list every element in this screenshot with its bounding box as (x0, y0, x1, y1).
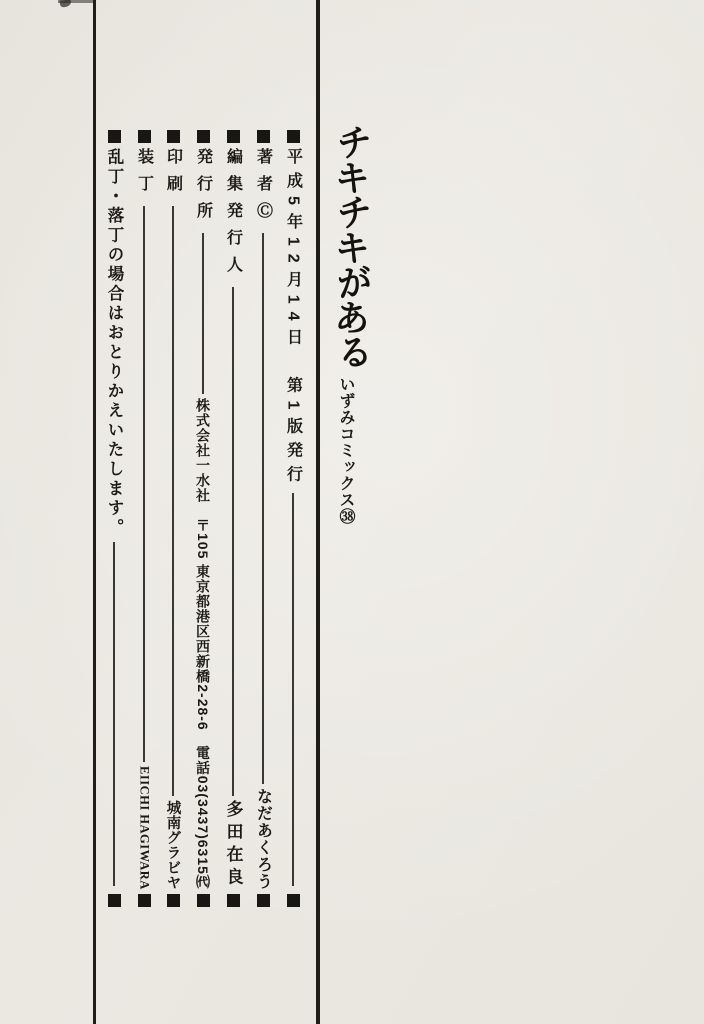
colophon-column-publishing-house: 発行所 株式会社一水社 〒105 東京都港区西新橋2-28-6 電話03(343… (191, 130, 215, 907)
column-value: 株式会社一水社 〒105 東京都港区西新橋2-28-6 電話03(3437)63… (193, 398, 213, 890)
bullet-square-icon (108, 130, 121, 143)
imprint-series-label: いずみコミックス㊳ (334, 376, 357, 546)
bullet-square-icon (257, 894, 270, 907)
column-label: 装丁 (133, 148, 156, 202)
bullet-square-icon (227, 130, 240, 143)
column-label: 印刷 (162, 148, 185, 202)
column-connector-rule (292, 493, 293, 886)
column-connector-rule (113, 542, 114, 886)
bullet-square-icon (287, 130, 300, 143)
colophon-column-defective-copy-notice: 乱丁・落丁の場合はおとりかえいたします。 (102, 130, 126, 907)
column-label: 発行所 (192, 148, 215, 229)
bullet-square-icon (138, 130, 151, 143)
bullet-square-icon (197, 894, 210, 907)
bullet-square-icon (287, 894, 300, 907)
bullet-square-icon (138, 894, 151, 907)
colophon-column-printer: 印刷 城南グラビヤ (161, 130, 185, 907)
colophon-column-author: 著者Ⓒ なだあくろう (251, 130, 275, 907)
column-label: 乱丁・落丁の場合はおとりかえいたします。 (102, 148, 126, 538)
column-label: 編集発行人 (222, 148, 245, 283)
column-value: 多田在良 (221, 800, 246, 890)
bullet-square-icon (197, 130, 210, 143)
bullet-square-icon (257, 130, 270, 143)
colophon-column-editor-publisher: 編集発行人 多田在良 (221, 130, 245, 907)
column-connector-rule (262, 233, 263, 784)
colophon-column-book-design: 装丁 EIICHI HAGIWARA (132, 130, 156, 907)
column-label: 著者Ⓒ (252, 148, 275, 229)
column-value: なだあくろう (252, 788, 275, 890)
column-label: 平成5年12月14日 第1版発行 (282, 148, 305, 489)
book-title: チキチキがある (318, 124, 380, 384)
bullet-square-icon (167, 130, 180, 143)
bullet-square-icon (108, 894, 121, 907)
column-connector-rule (172, 206, 173, 796)
bullet-square-icon (167, 894, 180, 907)
column-value: EIICHI HAGIWARA (137, 766, 152, 890)
column-value: 城南グラビヤ (163, 800, 184, 890)
left-vertical-rule (93, 0, 96, 1024)
column-connector-rule (202, 233, 203, 394)
column-connector-rule (232, 287, 233, 796)
colophon-column-publication-date: 平成5年12月14日 第1版発行 (281, 130, 305, 907)
column-connector-rule (143, 206, 144, 762)
bullet-square-icon (227, 894, 240, 907)
